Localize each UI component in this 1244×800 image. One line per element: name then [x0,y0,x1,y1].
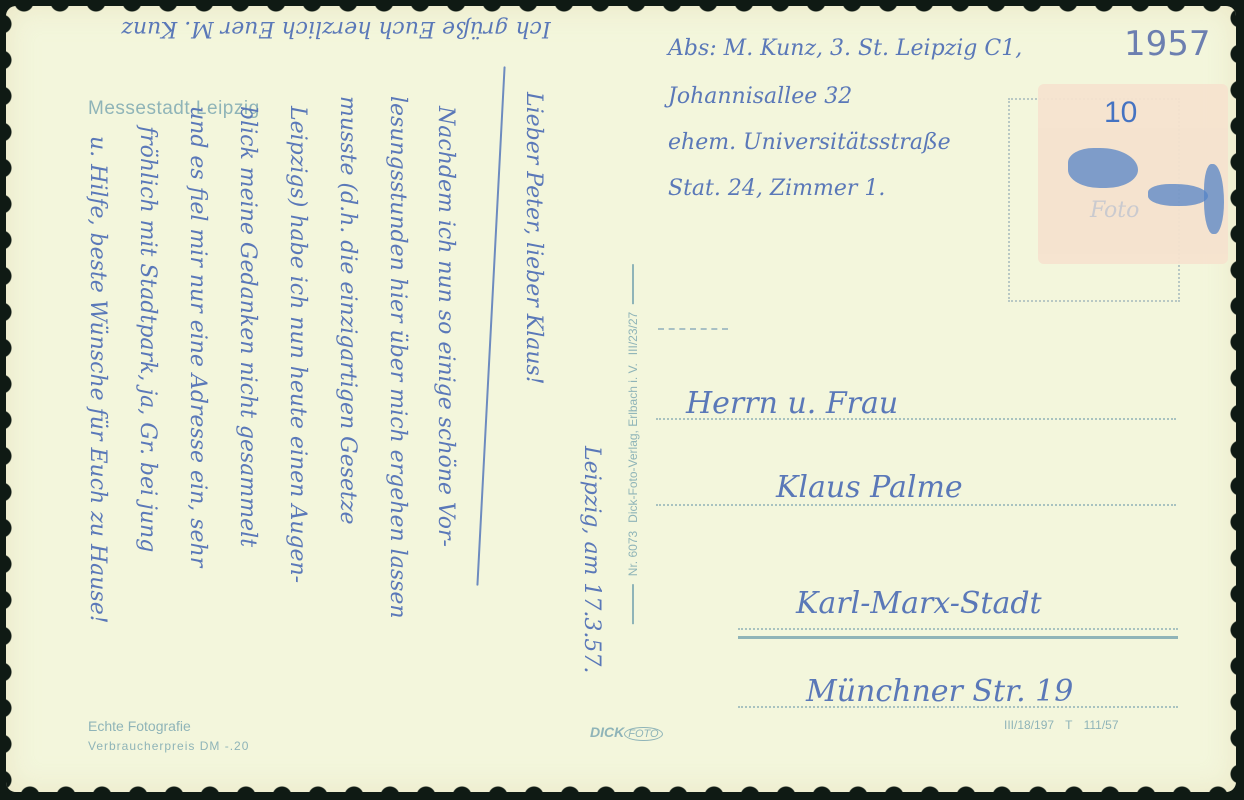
address-line-1 [656,418,1176,420]
address-underline-solid [738,636,1178,639]
postage-stamp: 10 Foto [1038,84,1228,264]
message-line: u. Hilfe, beste Wünsche für Euch zu Haus… [85,136,110,624]
scalloped-edge-top [6,6,1236,16]
sender-line-1: Abs: M. Kunz, 3. St. Leipzig C1, [668,36,1022,61]
sender-line-4: Stat. 24, Zimmer 1. [668,176,885,201]
sender-line-2: Johannisallee 32 [668,84,852,109]
address-line-2 [656,504,1176,506]
imprint-number: Nr. 6073 [626,531,640,576]
stamp-overprint: Foto [1090,198,1139,223]
imprint-code: III/23/27 [626,312,640,355]
short-dash-line [658,328,728,330]
message-greeting: Lieber Peter, lieber Klaus! [521,92,546,385]
recipient-line-3: Karl-Marx-Stadt [796,586,1042,621]
stamp-design-fragment [1068,148,1138,188]
message-date: Leipzig, am 17.3.57. [579,446,604,673]
message-upside-down-line: Ich grüße Euch herzlich Euer M. Kunz [66,16,606,41]
printed-brand: Echte Fotografie [88,718,191,734]
imprint-rule-left [632,584,634,624]
message-line: Leipzigs) habe ich nun heute einen Augen… [285,106,310,583]
printed-title: Messestadt Leipzig [88,98,260,120]
message-line: Nachdem ich nun so einige schöne Vor- [433,106,458,547]
message-line: und es fiel mir nur eine Adresse ein, se… [185,106,210,567]
printed-price: Verbraucherpreis DM -.20 [88,739,249,753]
year-annotation: 1957 [1124,24,1211,64]
publisher-imprint: Nr. 6073 Dick-Foto-Verlag, Erlbach i. V.… [626,264,640,624]
message-divider [476,66,505,585]
sender-line-3: ehem. Universitätsstraße [668,130,951,155]
recipient-line-2: Klaus Palme [776,470,963,505]
reference-codes: III/18/197 T 111/57 [1004,718,1119,732]
imprint-rule-right [632,264,634,304]
postcard: Messestadt Leipzig Echte Fotografie Verb… [6,6,1236,792]
stamp-value: 10 [1104,96,1137,130]
message-line: musste (d.h. die einzigartigen Gesetze [335,96,360,524]
scalloped-edge-left [6,6,16,792]
logo-right-text: FOTO [624,727,662,741]
message-line: fröhlich mit Stadtpark, ja, Gr. bei jung [135,126,160,552]
recipient-line-4: Münchner Str. 19 [806,674,1073,709]
recipient-line-1: Herrn u. Frau [686,386,898,421]
message-line: blick meine Gedanken nicht gesammelt [235,106,260,547]
address-line-4 [738,706,1178,708]
address-line-3 [738,628,1178,630]
scalloped-edge-bottom [6,782,1236,792]
message-line: lesungsstunden hier über mich ergehen la… [385,96,410,619]
stamp-design-fragment [1148,184,1208,206]
publisher-logo: DICKFOTO [590,724,663,741]
imprint-publisher: Dick-Foto-Verlag, Erlbach i. V. [626,363,640,523]
logo-left-text: DICK [590,724,624,740]
stamp-design-fragment [1204,164,1224,234]
